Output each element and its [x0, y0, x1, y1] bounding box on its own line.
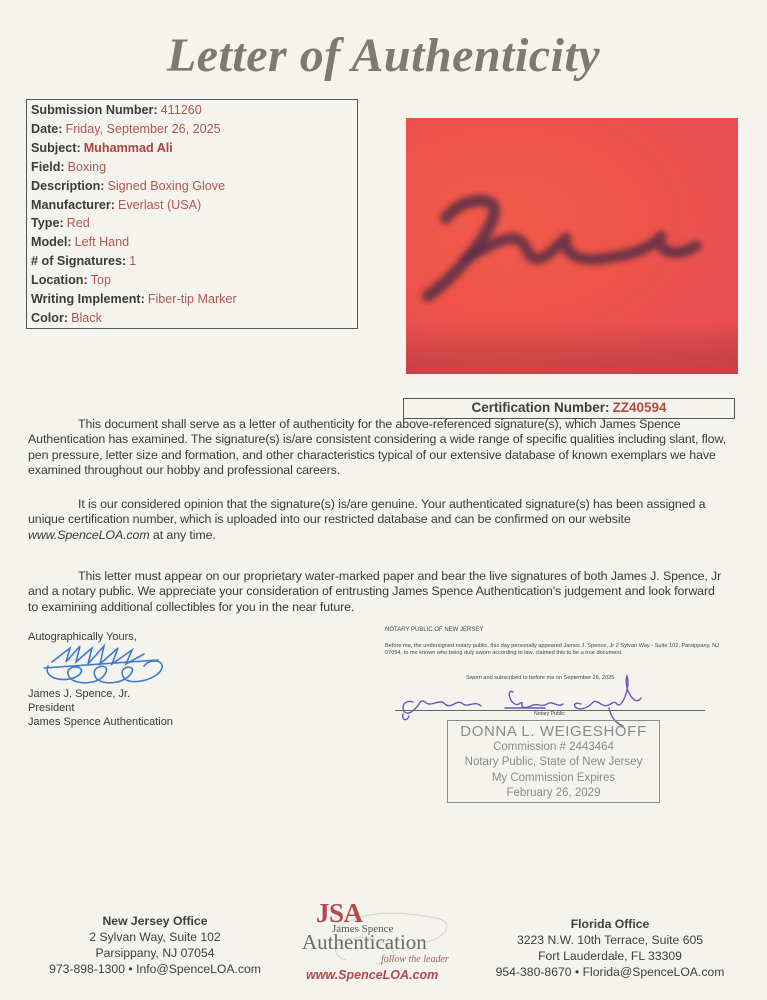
- detail-label: Submission Number:: [31, 103, 158, 117]
- detail-label: Description:: [31, 179, 104, 193]
- detail-label: Date:: [31, 122, 63, 136]
- details-box: Submission Number:411260 Date:Friday, Se…: [26, 99, 358, 329]
- detail-value: Signed Boxing Glove: [107, 179, 225, 193]
- detail-value: Everlast (USA): [118, 198, 201, 212]
- notary-statement: Before me, the undersigned notary public…: [385, 643, 720, 657]
- detail-value: Top: [91, 273, 111, 287]
- detail-type: Type:Red: [31, 214, 353, 233]
- autograph-image: [406, 118, 738, 374]
- signer-block: James J. Spence, Jr. President James Spe…: [28, 688, 173, 729]
- detail-label: Writing Implement:: [31, 292, 145, 306]
- logo-tagline: follow the leader: [381, 954, 449, 965]
- detail-field: Field:Boxing: [31, 158, 353, 177]
- detail-value: Black: [71, 311, 102, 325]
- stamp-name: DONNA L. WEIGESHOFF: [448, 723, 659, 740]
- signature-icon: [40, 640, 170, 688]
- signature-photo: [406, 118, 738, 374]
- detail-label: Location:: [31, 273, 88, 287]
- detail-label: Color:: [31, 311, 68, 325]
- detail-value: Friday, September 26, 2025: [66, 122, 221, 136]
- paragraph-opinion: It is our considered opinion that the si…: [28, 497, 728, 543]
- office-phone: 954-380-8670: [496, 965, 572, 979]
- bullet-separator: •: [575, 965, 579, 979]
- office-contact: 973-898-1300 • Info@SpenceLOA.com: [30, 961, 280, 977]
- paragraph-requirements: This letter must appear on our proprieta…: [28, 569, 728, 615]
- detail-manufacturer: Manufacturer:Everlast (USA): [31, 196, 353, 215]
- detail-color: Color:Black: [31, 309, 353, 328]
- office-email[interactable]: Info@SpenceLOA.com: [136, 962, 261, 976]
- detail-value: Left Hand: [75, 235, 130, 249]
- office-phone: 973-898-1300: [49, 962, 125, 976]
- stamp-commission: Commission # 2443464: [448, 740, 659, 755]
- office-heading: New Jersey Office: [30, 913, 280, 929]
- detail-label: # of Signatures:: [31, 254, 126, 268]
- signer-title: President: [28, 702, 173, 716]
- detail-writing-implement: Writing Implement:Fiber-tip Marker: [31, 290, 353, 309]
- logo-website-link[interactable]: www.SpenceLOA.com: [306, 968, 438, 982]
- detail-submission-number: Submission Number:411260: [31, 101, 353, 120]
- signer-company: James Spence Authentication: [28, 716, 173, 730]
- detail-value: Red: [67, 216, 90, 230]
- certification-label: Certification Number:: [471, 400, 609, 415]
- office-email[interactable]: Florida@SpenceLOA.com: [583, 965, 725, 979]
- detail-label: Model:: [31, 235, 72, 249]
- logo-authentication: Authentication: [302, 930, 427, 955]
- paragraph-text: at any time.: [150, 528, 216, 542]
- detail-label: Manufacturer:: [31, 198, 115, 212]
- stamp-state: Notary Public, State of New Jersey: [448, 755, 659, 770]
- signer-name: James J. Spence, Jr.: [28, 688, 173, 702]
- office-contact: 954-380-8670 • Florida@SpenceLOA.com: [470, 964, 750, 980]
- detail-value: Muhammad Ali: [84, 141, 173, 155]
- stamp-expires-date: February 26, 2029: [448, 786, 659, 801]
- signature-icon: [395, 668, 665, 728]
- certification-number: ZZ40594: [612, 400, 666, 415]
- detail-value: Fiber-tip Marker: [148, 292, 237, 306]
- certification-number-box: Certification Number:ZZ40594: [403, 398, 735, 419]
- jsa-logo: JSA James Spence Authentication follow t…: [296, 898, 466, 993]
- notary-heading: NOTARY PUBLIC OF NEW JERSEY: [385, 627, 483, 633]
- detail-description: Description:Signed Boxing Glove: [31, 177, 353, 196]
- detail-location: Location:Top: [31, 271, 353, 290]
- website-link[interactable]: www.SpenceLOA.com: [28, 528, 150, 542]
- paragraph-text: It is our considered opinion that the si…: [28, 497, 705, 526]
- detail-value: Boxing: [68, 160, 107, 174]
- detail-label: Field:: [31, 160, 65, 174]
- detail-value: 411260: [161, 103, 202, 117]
- bullet-separator: •: [128, 962, 132, 976]
- office-heading: Florida Office: [470, 916, 750, 932]
- office-address-line2: Parsippany, NJ 07054: [30, 945, 280, 961]
- stamp-expires-label: My Commission Expires: [448, 771, 659, 786]
- spence-signature: [40, 640, 170, 693]
- page-title: Letter of Authenticity: [0, 28, 767, 83]
- office-address-line1: 2 Sylvan Way, Suite 102: [30, 929, 280, 945]
- detail-signature-count: # of Signatures:1: [31, 252, 353, 271]
- office-new-jersey: New Jersey Office 2 Sylvan Way, Suite 10…: [30, 913, 280, 977]
- detail-label: Type:: [31, 216, 64, 230]
- notary-caption: Notary Public: [534, 711, 565, 717]
- office-address-line1: 3223 N.W. 10th Terrace, Suite 605: [470, 932, 750, 948]
- notary-stamp: DONNA L. WEIGESHOFF Commission # 2443464…: [447, 720, 660, 803]
- detail-label: Subject:: [31, 141, 81, 155]
- detail-date: Date:Friday, September 26, 2025: [31, 120, 353, 139]
- office-florida: Florida Office 3223 N.W. 10th Terrace, S…: [470, 916, 750, 980]
- detail-subject: Subject:Muhammad Ali: [31, 139, 353, 158]
- detail-model: Model:Left Hand: [31, 233, 353, 252]
- detail-value: 1: [129, 254, 136, 268]
- office-address-line2: Fort Lauderdale, FL 33309: [470, 948, 750, 964]
- paragraph-authenticity: This document shall serve as a letter of…: [28, 417, 728, 478]
